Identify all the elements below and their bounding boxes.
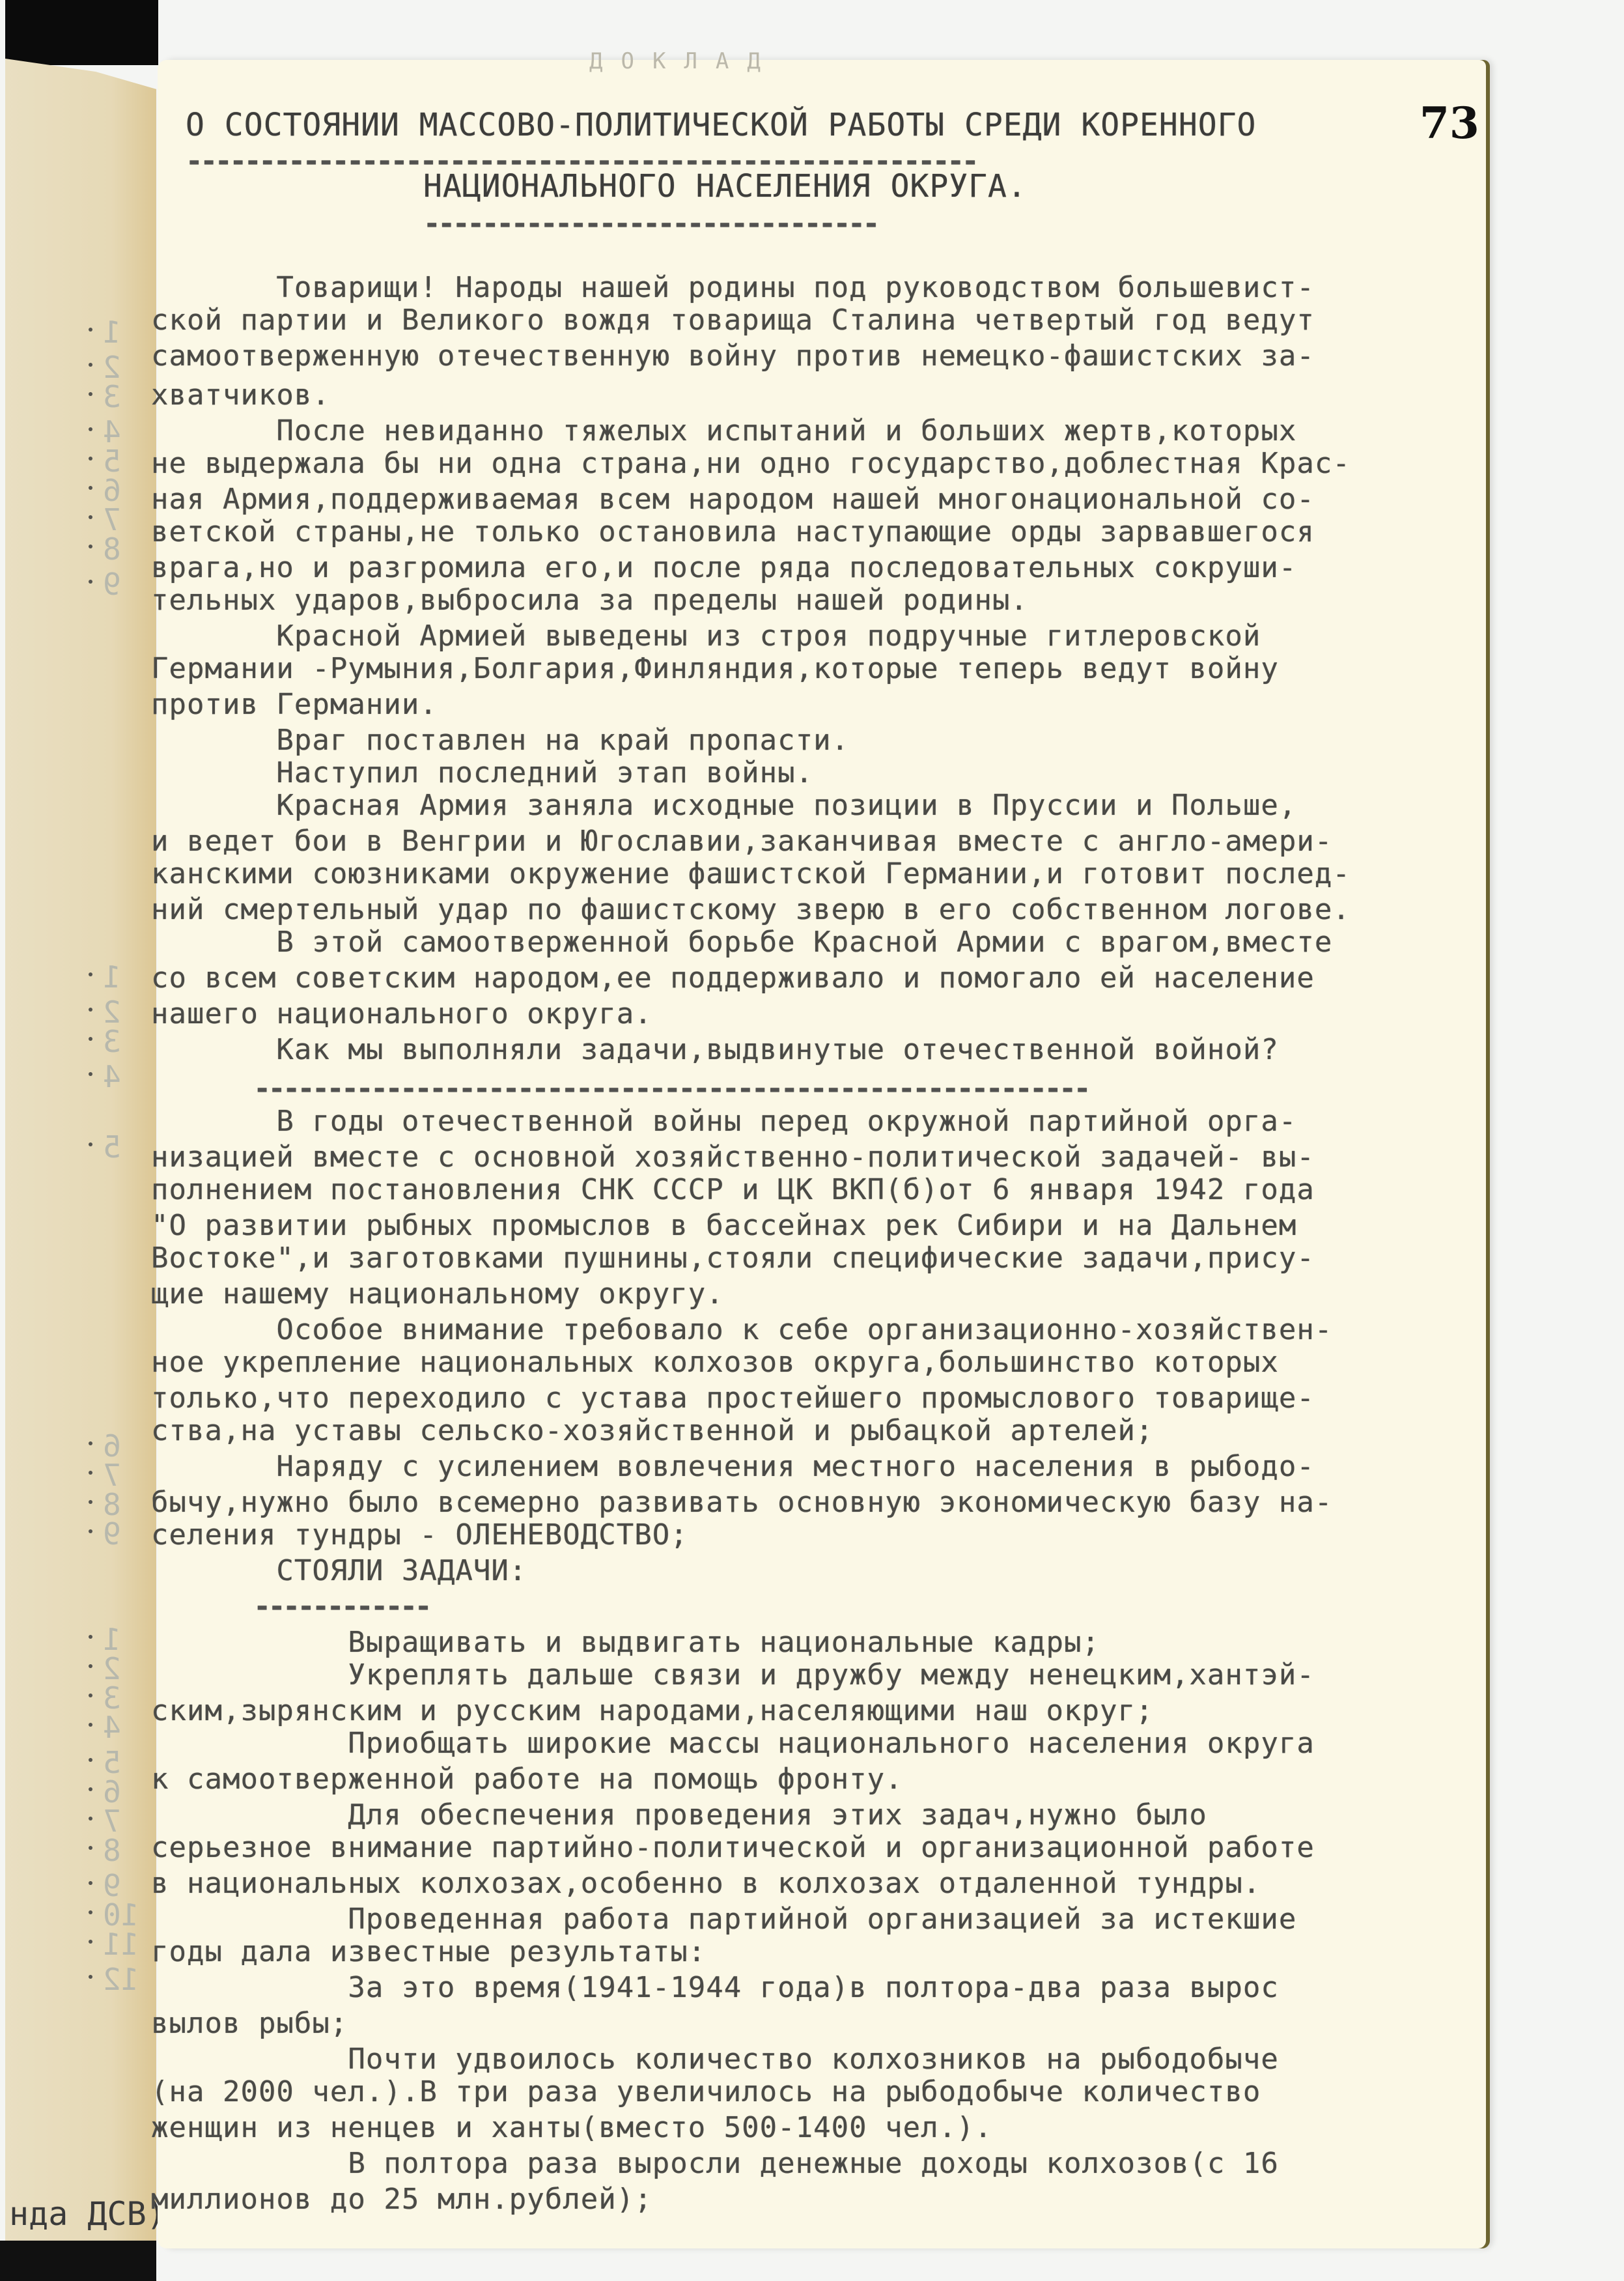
body-line: Наряду с усилением вовлечения местного н…	[151, 1452, 1315, 1481]
body-line: Красная Армия заняла исходные позиции в …	[151, 791, 1296, 820]
body-line: В годы отечественной войны перед окружно…	[151, 1107, 1296, 1136]
margin-number: 3	[103, 1024, 121, 1059]
margin-number: 9	[103, 567, 121, 602]
body-line: Для обеспечения проведения этих задач,ну…	[151, 1801, 1207, 1830]
page-number: 73	[1420, 98, 1479, 149]
body-line: Германии -Румыния,Болгария,Финляндия,кот…	[151, 655, 1279, 683]
document-title-line-2: НАЦИОНАЛЬНОГО НАСЕЛЕНИЯ ОКРУГА.	[423, 171, 1027, 202]
body-line: В полтора раза выросли денежные доходы к…	[151, 2149, 1279, 2178]
margin-dot	[89, 1471, 92, 1475]
title-underline-2: -------------------------------	[423, 210, 877, 238]
margin-number: 8	[103, 531, 121, 567]
body-line: канскими союзниками окружение фашистской…	[151, 860, 1351, 888]
body-line: Товарищи! Народы нашей родины под руково…	[151, 274, 1315, 302]
margin-dot	[89, 427, 92, 431]
margin-dot	[89, 1008, 92, 1012]
body-line: После невиданно тяжелых испытаний и боль…	[151, 417, 1296, 446]
margin-dot	[89, 1975, 92, 1979]
body-line: ветской страны,не только остановила наст…	[151, 518, 1315, 546]
faded-header: ДОКЛАД	[589, 48, 779, 74]
margin-dot	[89, 1693, 92, 1697]
body-line: Приобщать широкие массы национального на…	[151, 1729, 1315, 1758]
margin-dot	[89, 972, 92, 976]
body-line: СТОЯЛИ ЗАДАЧИ:	[151, 1557, 527, 1585]
scanner-background-bottom	[0, 2241, 156, 2281]
margin-dot	[89, 1846, 92, 1850]
margin-dot	[89, 1787, 92, 1791]
margin-number: 4	[103, 1059, 121, 1094]
body-line: щие нашему национальному округу.	[151, 1280, 724, 1309]
body-line: ским,зырянским и русским народами,населя…	[151, 1697, 1153, 1725]
body-line: в национальных колхозах,особенно в колхо…	[151, 1869, 1261, 1898]
body-line: хватчиков.	[151, 381, 330, 410]
body-line: За это время(1941-1944 года)в полтора-дв…	[151, 1974, 1279, 2002]
body-line: "О развитии рыбных промыслов в бассейнах…	[151, 1211, 1296, 1240]
body-line: ний смертельный удар по фашистскому звер…	[151, 896, 1351, 924]
body-line: Почти удвоилось количество колхозников н…	[151, 2045, 1279, 2074]
adjacent-page-footer: нда ДСВ)	[9, 2195, 166, 2233]
margin-dot	[89, 1500, 92, 1504]
body-line: бычу,нужно было всемерно развивать основ…	[151, 1488, 1332, 1517]
margin-dot	[89, 545, 92, 548]
body-line: низацией вместе с основной хозяйственно-…	[151, 1143, 1315, 1172]
body-line: Как мы выполняли задачи,выдвинутые отече…	[151, 1036, 1279, 1064]
margin-dot	[89, 1817, 92, 1821]
body-line: женщин из ненцев и ханты(вместо 500-1400…	[151, 2114, 992, 2142]
body-line: и ведет бои в Венгрии и Югославии,заканч…	[151, 827, 1332, 856]
margin-number: 4	[103, 1710, 121, 1745]
body-line: только,что переходило с устава простейше…	[151, 1384, 1315, 1413]
margin-dot	[89, 457, 92, 460]
body-line: Востоке",и заготовками пушнины,стояли сп…	[151, 1244, 1315, 1273]
body-line: Красной Армией выведены из строя подручн…	[151, 622, 1261, 651]
margin-dot	[89, 515, 92, 519]
body-line: врага,но и разгромила его,и после ряда п…	[151, 554, 1296, 582]
body-line: нашего национального округа.	[151, 1000, 652, 1028]
margin-dot	[89, 1664, 92, 1668]
margin-number: 1	[103, 959, 121, 995]
adjacent-page: 123456789123456789123456789101112	[5, 59, 156, 2241]
margin-dot	[89, 1529, 92, 1533]
body-line: ное укрепление национальных колхозов окр…	[151, 1348, 1279, 1377]
scanner-background	[5, 0, 158, 65]
body-line: Проведенная работа партийной организацие…	[151, 1905, 1296, 1934]
margin-dot	[89, 1758, 92, 1762]
margin-dot	[89, 1940, 92, 1944]
margin-number: 12	[103, 1962, 139, 1997]
body-line: против Германии.	[151, 690, 438, 719]
margin-number: 11	[103, 1927, 139, 1962]
margin-number: 9	[103, 1516, 121, 1551]
margin-dot	[89, 1910, 92, 1914]
body-line: миллионов до 25 млн.рублей);	[151, 2185, 652, 2214]
margin-number: 8	[103, 1833, 121, 1868]
margin-dot	[89, 1881, 92, 1885]
margin-number: 3	[103, 379, 121, 414]
body-line: ----------------------------------------…	[151, 1075, 1088, 1103]
body-line: Укреплять дальше связи и дружбу между не…	[151, 1661, 1315, 1690]
margin-dot	[89, 363, 92, 367]
margin-dot	[89, 1723, 92, 1727]
body-line: полнением постановления СНК СССР и ЦК ВК…	[151, 1176, 1315, 1204]
margin-dot	[89, 392, 92, 396]
body-line: Наступил последний этап войны.	[151, 759, 813, 787]
body-line: Выращивать и выдвигать национальные кадр…	[151, 1628, 1100, 1657]
body-line: ------------	[151, 1593, 429, 1621]
body-line: тельных ударов,выбросила за пределы наше…	[151, 586, 1028, 615]
body-line: годы дала известные результаты:	[151, 1938, 706, 1966]
body-line: В этой самоотверженной борьбе Красной Ар…	[151, 928, 1332, 957]
margin-dot	[89, 486, 92, 490]
margin-dot	[89, 328, 92, 332]
margin-number: 5	[103, 1129, 121, 1165]
margin-number: 1	[103, 315, 121, 350]
body-line: серьезное внимание партийно-политической…	[151, 1834, 1315, 1862]
body-line: не выдержала бы ни одна страна,ни одно г…	[151, 449, 1351, 478]
body-line: Враг поставлен на край пропасти.	[151, 726, 849, 755]
margin-dot	[89, 580, 92, 584]
margin-dot	[89, 1142, 92, 1146]
body-line: селения тундры - ОЛЕНЕВОДСТВО;	[151, 1521, 688, 1550]
body-line: (на 2000 чел.).В три раза увеличилось на…	[151, 2078, 1261, 2106]
margin-dot	[89, 1037, 92, 1041]
body-line: самоотверженную отечественную войну прот…	[151, 342, 1315, 371]
body-line: ства,на уставы сельско-хозяйственной и р…	[151, 1417, 1153, 1445]
document-title-line-1: О СОСТОЯНИИ МАССОВО-ПОЛИТИЧЕСКОЙ РАБОТЫ …	[186, 109, 1256, 141]
body-line: со всем советским народом,ее поддерживал…	[151, 964, 1315, 993]
margin-dot	[89, 1072, 92, 1076]
body-line: ная Армия,поддерживаемая всем народом на…	[151, 485, 1315, 514]
body-line: Особое внимание требовало к себе организ…	[151, 1316, 1332, 1344]
body-line: ской партии и Великого вождя товарища Ст…	[151, 306, 1315, 335]
body-line: к самоотверженной работе на помощь фронт…	[151, 1765, 903, 1794]
body-line: вылов рыбы;	[151, 2009, 348, 2038]
margin-dot	[89, 1635, 92, 1639]
margin-dot	[89, 1441, 92, 1445]
